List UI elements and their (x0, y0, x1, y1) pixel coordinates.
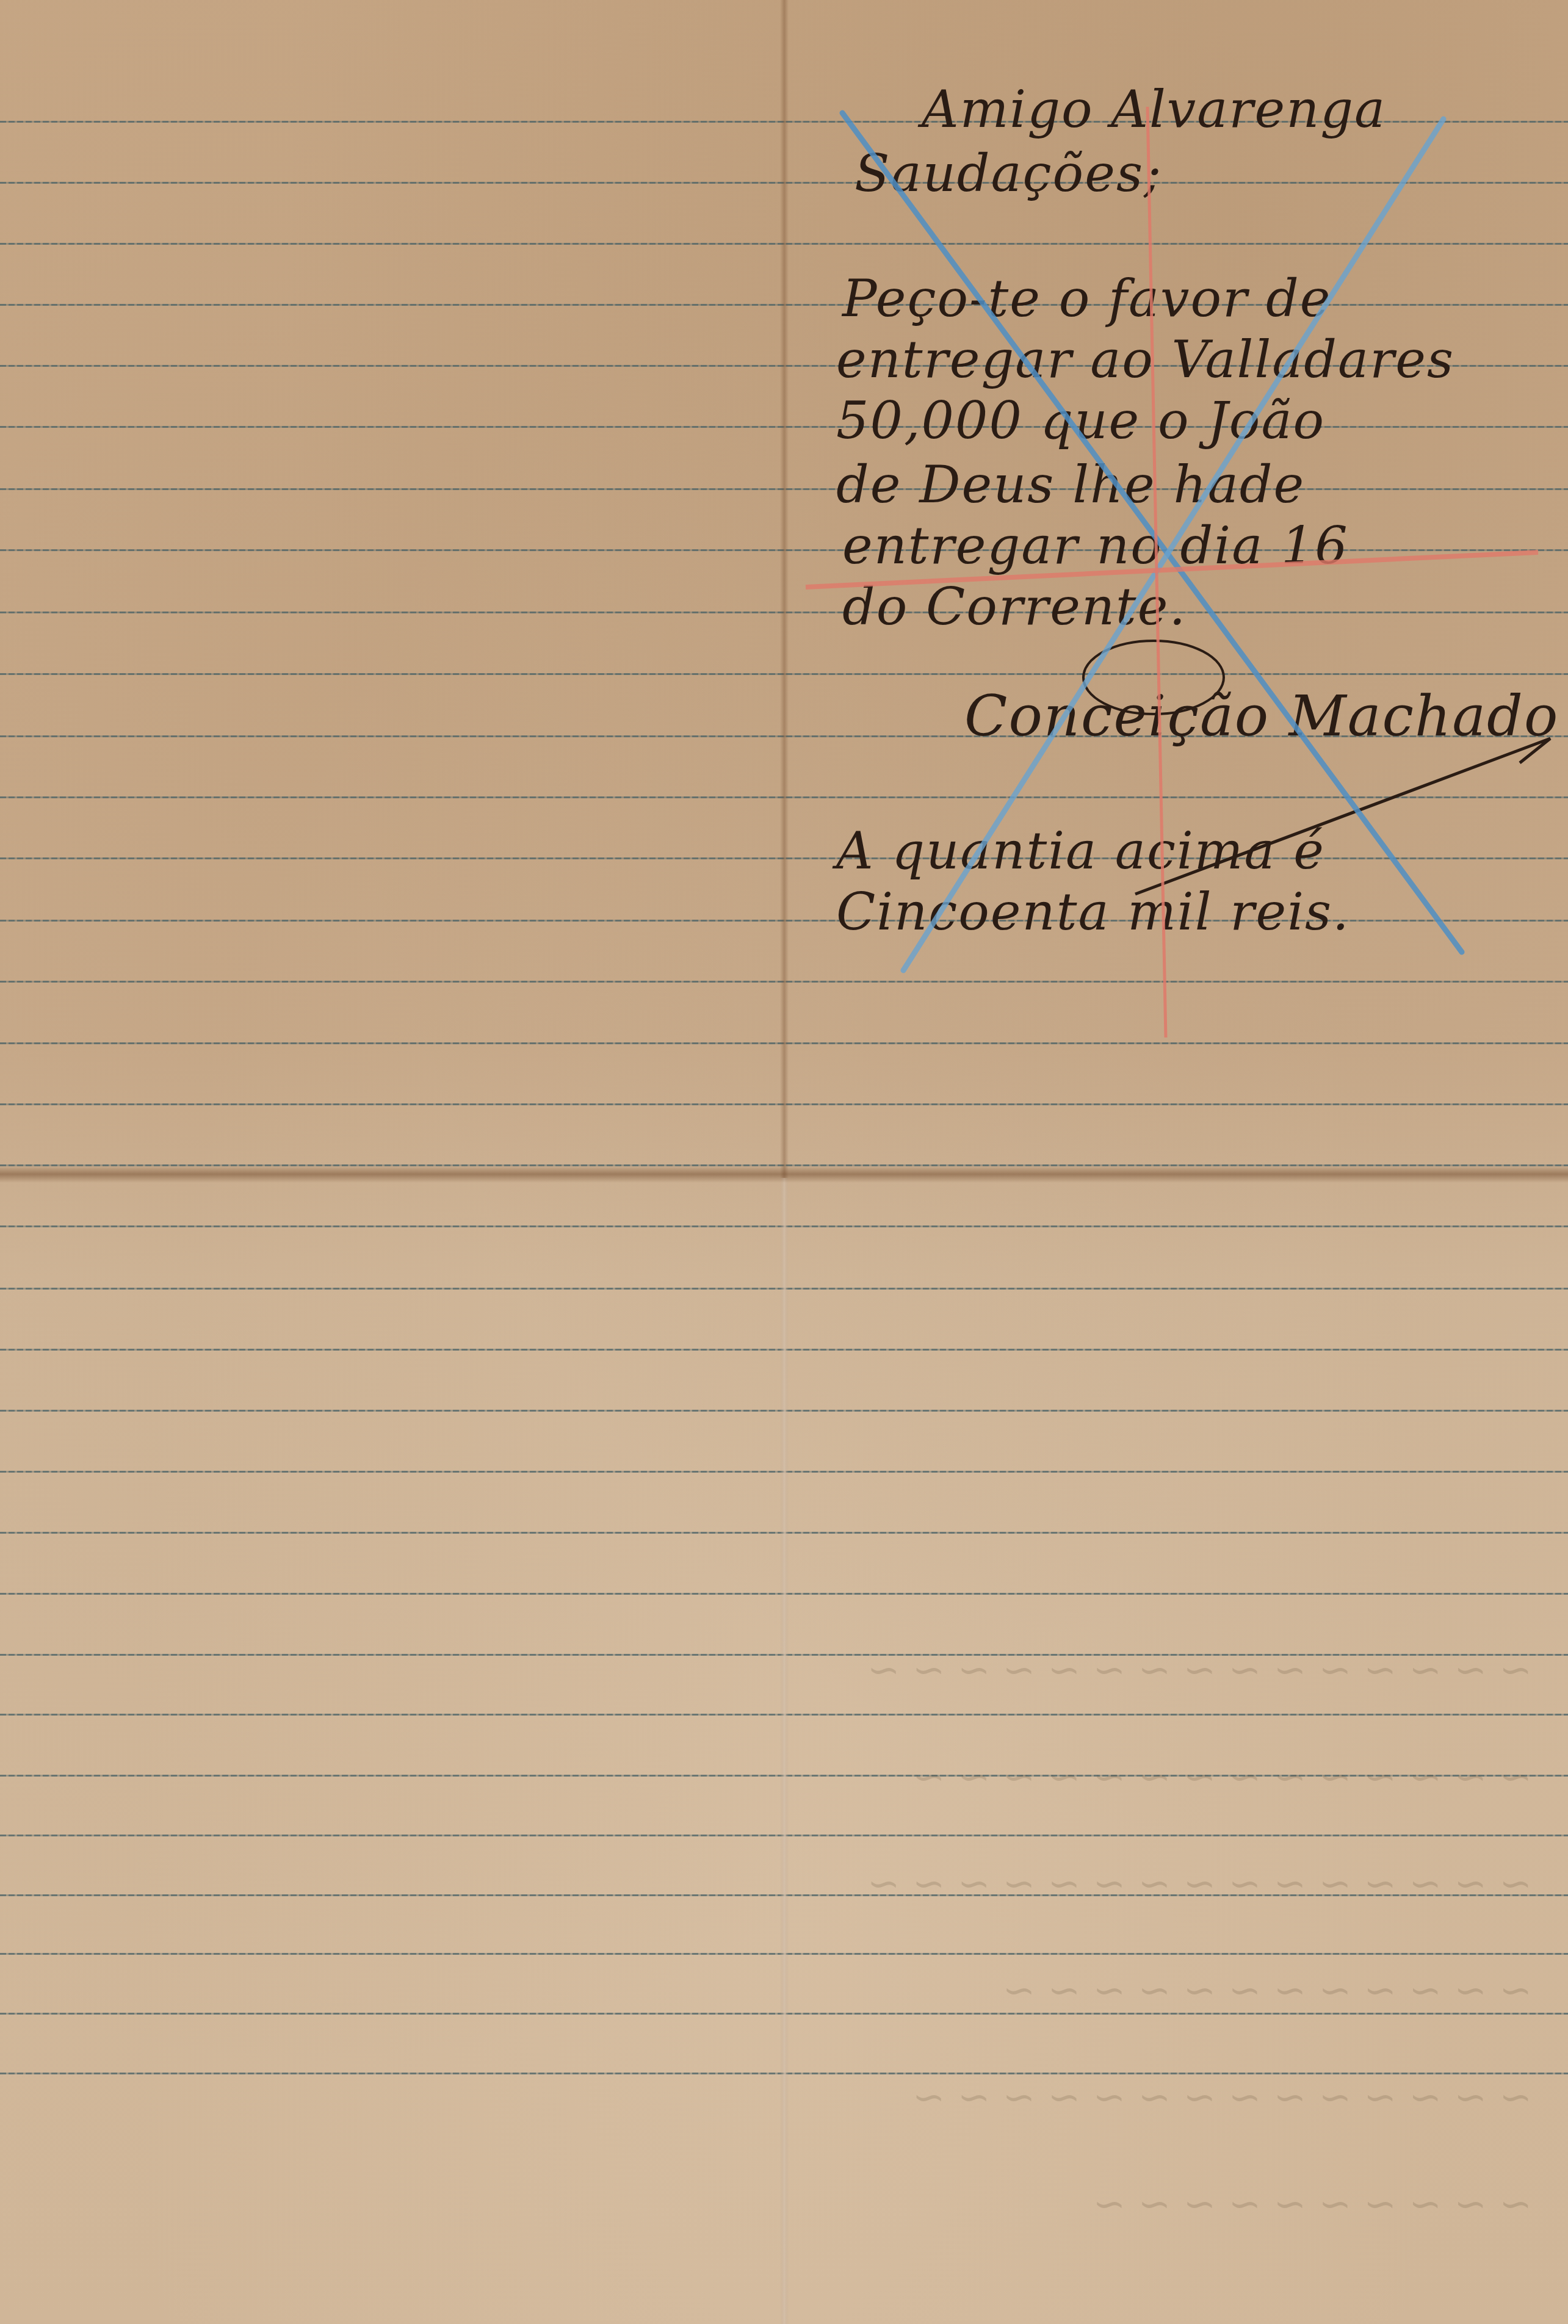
signature: Conceição Machado (964, 684, 1559, 749)
body-line-3: 50,000 que o João (836, 391, 1325, 450)
body-line-2: entregar ao Valladares (836, 330, 1454, 389)
bleed-line: ~ ~ ~ ~ ~ ~ ~ ~ ~ ~ (37, 2182, 1532, 2289)
amount-in-words-line-1: A quantia acima é (836, 821, 1325, 881)
body-line-5: entregar no dia 16 (842, 516, 1349, 576)
greeting: Saudações; (854, 143, 1162, 203)
bleed-line: ~ ~ ~ ~ ~ ~ ~ ~ ~ ~ ~ ~ (37, 1968, 1532, 2075)
body-line-6: do Corrente. (842, 577, 1187, 637)
amount-in-words-line-2: Cincoenta mil reis. (836, 882, 1350, 942)
salutation: Amigo Alvarenga (922, 79, 1386, 139)
bleed-line: ~ ~ ~ ~ ~ ~ ~ ~ ~ ~ ~ ~ ~ ~ (37, 2075, 1532, 2182)
bleed-line: ~ ~ ~ ~ ~ ~ ~ ~ ~ ~ ~ ~ ~ ~ (37, 1755, 1532, 1861)
bleed-through-text: ~ ~ ~ ~ ~ ~ ~ ~ ~ ~ ~ ~ ~ ~ ~ ~ ~ ~ ~ ~ … (37, 1648, 1532, 2289)
bleed-line: ~ ~ ~ ~ ~ ~ ~ ~ ~ ~ ~ ~ ~ ~ ~ (37, 1648, 1532, 1755)
bleed-line: ~ ~ ~ ~ ~ ~ ~ ~ ~ ~ ~ ~ ~ ~ ~ (37, 1861, 1532, 1968)
horizontal-fold-crease (0, 1166, 1568, 1183)
body-line-4: de Deus lhe hade (836, 455, 1305, 514)
body-line-1: Peço-te o favor de (842, 269, 1331, 328)
